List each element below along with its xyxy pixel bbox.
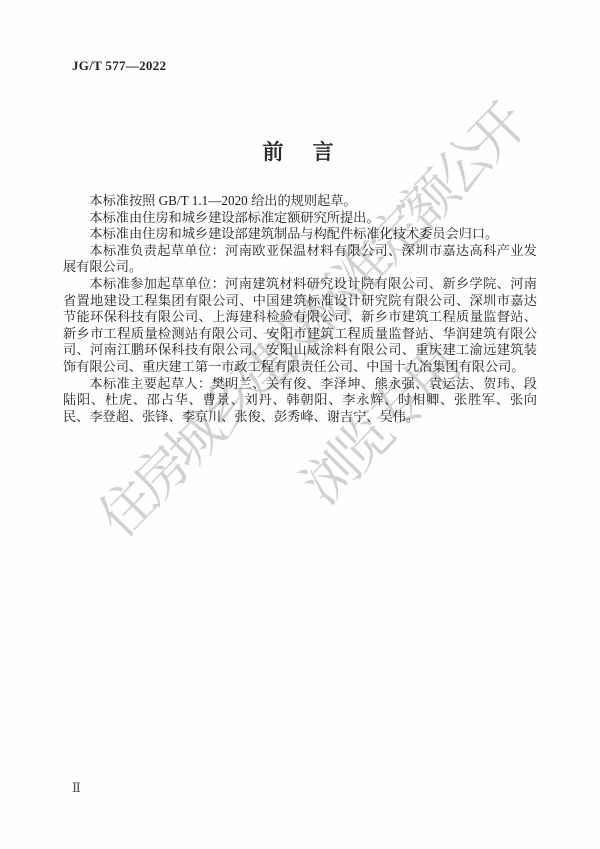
document-page: 住房城乡建设标准定额公开 浏览专用 JG/T 577—2022 前 言 本标准按… bbox=[0, 0, 600, 849]
page-content: 前 言 本标准按照 GB/T 1.1—2020 给出的规则起草。 本标准由住房和… bbox=[63, 136, 537, 425]
paragraph-drafting-rule: 本标准按照 GB/T 1.1—2020 给出的规则起草。 bbox=[63, 193, 537, 210]
page-title: 前 言 bbox=[63, 136, 537, 166]
paragraph-chief-drafting-organizations: 本标准负责起草单位：河南欧亚保温材料有限公司、深圳市嘉达高科产业发展有限公司。 bbox=[63, 243, 537, 276]
paragraph-proposed-by: 本标准由住房和城乡建设部标准定额研究所提出。 bbox=[63, 210, 537, 227]
page-number: Ⅱ bbox=[72, 780, 81, 796]
paragraph-chief-drafters: 本标准主要起草人：樊明兰、关有俊、李泽坤、熊永强、袁运法、贺玮、段陆阳、杜虎、邵… bbox=[63, 376, 537, 426]
paragraph-participating-organizations: 本标准参加起草单位：河南建筑材料研究设计院有限公司、新乡学院、河南省置地建设工程… bbox=[63, 276, 537, 376]
standard-code-header: JG/T 577—2022 bbox=[72, 58, 166, 74]
paragraph-centralized-by: 本标准由住房和城乡建设部建筑制品与构配件标准化技术委员会归口。 bbox=[63, 226, 537, 243]
